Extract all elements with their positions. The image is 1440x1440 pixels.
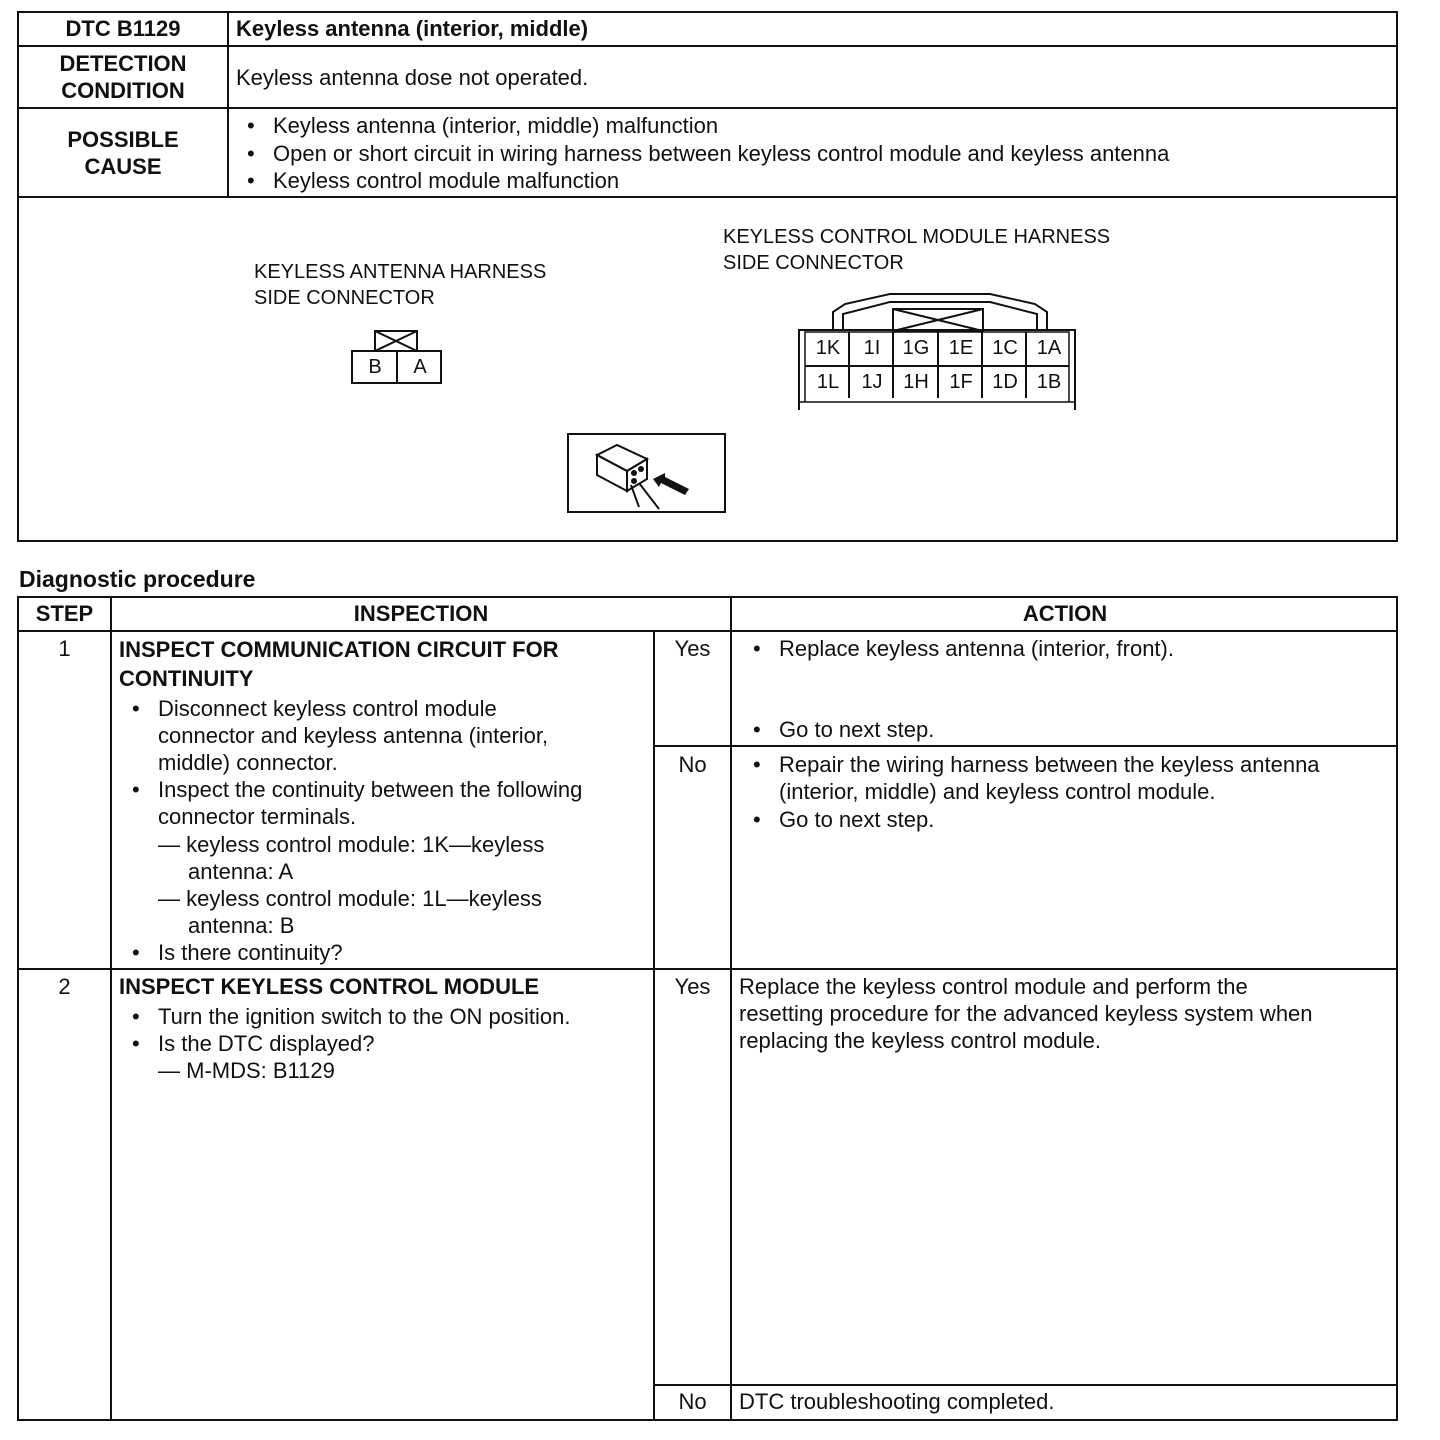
- result-yes: Yes: [655, 635, 730, 662]
- label-line: SIDE CONNECTOR: [254, 285, 546, 311]
- possible-cause-label: POSSIBLE CAUSE: [19, 126, 227, 180]
- inspection-bullet: Is the DTC displayed?: [158, 1030, 374, 1057]
- inspection-question: Is there continuity?: [158, 939, 343, 966]
- cause-item: Keyless antenna (interior, middle) malfu…: [273, 112, 718, 139]
- label-line: DETECTION: [19, 50, 227, 77]
- inspection-bullet: Turn the ignition switch to the ON posit…: [158, 1003, 571, 1030]
- line: Disconnect keyless control module: [158, 695, 548, 722]
- module-pin: 1E: [939, 333, 983, 363]
- step-heading: INSPECT KEYLESS CONTROL MODULE: [119, 973, 539, 1000]
- heading-line: CONTINUITY: [119, 664, 559, 693]
- line: connector terminals.: [158, 803, 582, 830]
- detection-condition-label: DETECTION CONDITION: [19, 50, 227, 104]
- label-line: CAUSE: [19, 153, 227, 180]
- line: antenna: A: [158, 858, 544, 885]
- inspection-bullet: Disconnect keyless control module connec…: [158, 695, 548, 776]
- action-bullet: Go to next step.: [779, 716, 934, 743]
- inspection-sub-item: — M-MDS: B1129: [158, 1057, 335, 1084]
- line: middle) connector.: [158, 749, 548, 776]
- action-text: Replace the keyless control module and p…: [739, 973, 1313, 1054]
- result-no: No: [655, 1388, 730, 1415]
- action-text: DTC troubleshooting completed.: [739, 1388, 1055, 1415]
- line: Replace the keyless control module and p…: [739, 973, 1313, 1000]
- module-pin: 1H: [894, 367, 938, 397]
- action-bullet: Go to next step.: [779, 806, 934, 833]
- line: connector and keyless antenna (interior,: [158, 722, 548, 749]
- module-connector-label: KEYLESS CONTROL MODULE HARNESS SIDE CONN…: [723, 224, 1110, 276]
- module-pin: 1K: [806, 333, 850, 363]
- module-pin: 1F: [939, 367, 983, 397]
- module-pin: 1A: [1027, 333, 1071, 363]
- detection-condition-text: Keyless antenna dose not operated.: [236, 64, 588, 91]
- antenna-connector-label: KEYLESS ANTENNA HARNESS SIDE CONNECTOR: [254, 259, 546, 311]
- step-number: 1: [19, 635, 110, 662]
- header-step: STEP: [19, 600, 110, 627]
- line: resetting procedure for the advanced key…: [739, 1000, 1313, 1027]
- inspection-sub-item: — keyless control module: 1L—keyless ant…: [158, 885, 542, 939]
- label-line: KEYLESS CONTROL MODULE HARNESS: [723, 224, 1110, 250]
- module-pin: 1L: [806, 367, 850, 397]
- cause-item: Keyless control module malfunction: [273, 167, 619, 194]
- action-bullet: Replace keyless antenna (interior, front…: [779, 635, 1174, 662]
- label-line: SIDE CONNECTOR: [723, 250, 1110, 276]
- module-pin: 1I: [850, 333, 894, 363]
- line: Inspect the continuity between the follo…: [158, 776, 582, 803]
- antenna-pin: A: [398, 352, 442, 382]
- harness-side-view-icon: [567, 433, 726, 513]
- module-pin: 1D: [983, 367, 1027, 397]
- dtc-code: DTC B1129: [19, 15, 227, 42]
- procedure-title: Diagnostic procedure: [19, 566, 255, 593]
- line: — keyless control module: 1L—keyless: [158, 885, 542, 912]
- result-yes: Yes: [655, 973, 730, 1000]
- label-line: POSSIBLE: [19, 126, 227, 153]
- header-inspection: INSPECTION: [112, 600, 730, 627]
- step-number: 2: [19, 973, 110, 1000]
- line: replacing the keyless control module.: [739, 1027, 1313, 1054]
- module-pin: 1J: [850, 367, 894, 397]
- line: antenna: B: [158, 912, 542, 939]
- label-line: CONDITION: [19, 77, 227, 104]
- line: — keyless control module: 1K—keyless: [158, 831, 544, 858]
- header-action: ACTION: [732, 600, 1398, 627]
- connector-view-arrow-icon: [569, 435, 724, 511]
- inspection-bullet: Inspect the continuity between the follo…: [158, 776, 582, 830]
- module-pin: 1C: [983, 333, 1027, 363]
- action-bullet: Repair the wiring harness between the ke…: [779, 751, 1320, 805]
- line: (interior, middle) and keyless control m…: [779, 778, 1320, 805]
- antenna-pin: B: [353, 352, 397, 382]
- dtc-title: Keyless antenna (interior, middle): [236, 15, 588, 42]
- inspection-sub-item: — keyless control module: 1K—keyless ant…: [158, 831, 544, 885]
- module-pin: 1B: [1027, 367, 1071, 397]
- cause-item: Open or short circuit in wiring harness …: [273, 140, 1169, 167]
- step-heading: INSPECT COMMUNICATION CIRCUIT FOR CONTIN…: [119, 635, 559, 693]
- heading-line: INSPECT COMMUNICATION CIRCUIT FOR: [119, 635, 559, 664]
- line: Repair the wiring harness between the ke…: [779, 751, 1320, 778]
- result-no: No: [655, 751, 730, 778]
- module-pin: 1G: [894, 333, 938, 363]
- label-line: KEYLESS ANTENNA HARNESS: [254, 259, 546, 285]
